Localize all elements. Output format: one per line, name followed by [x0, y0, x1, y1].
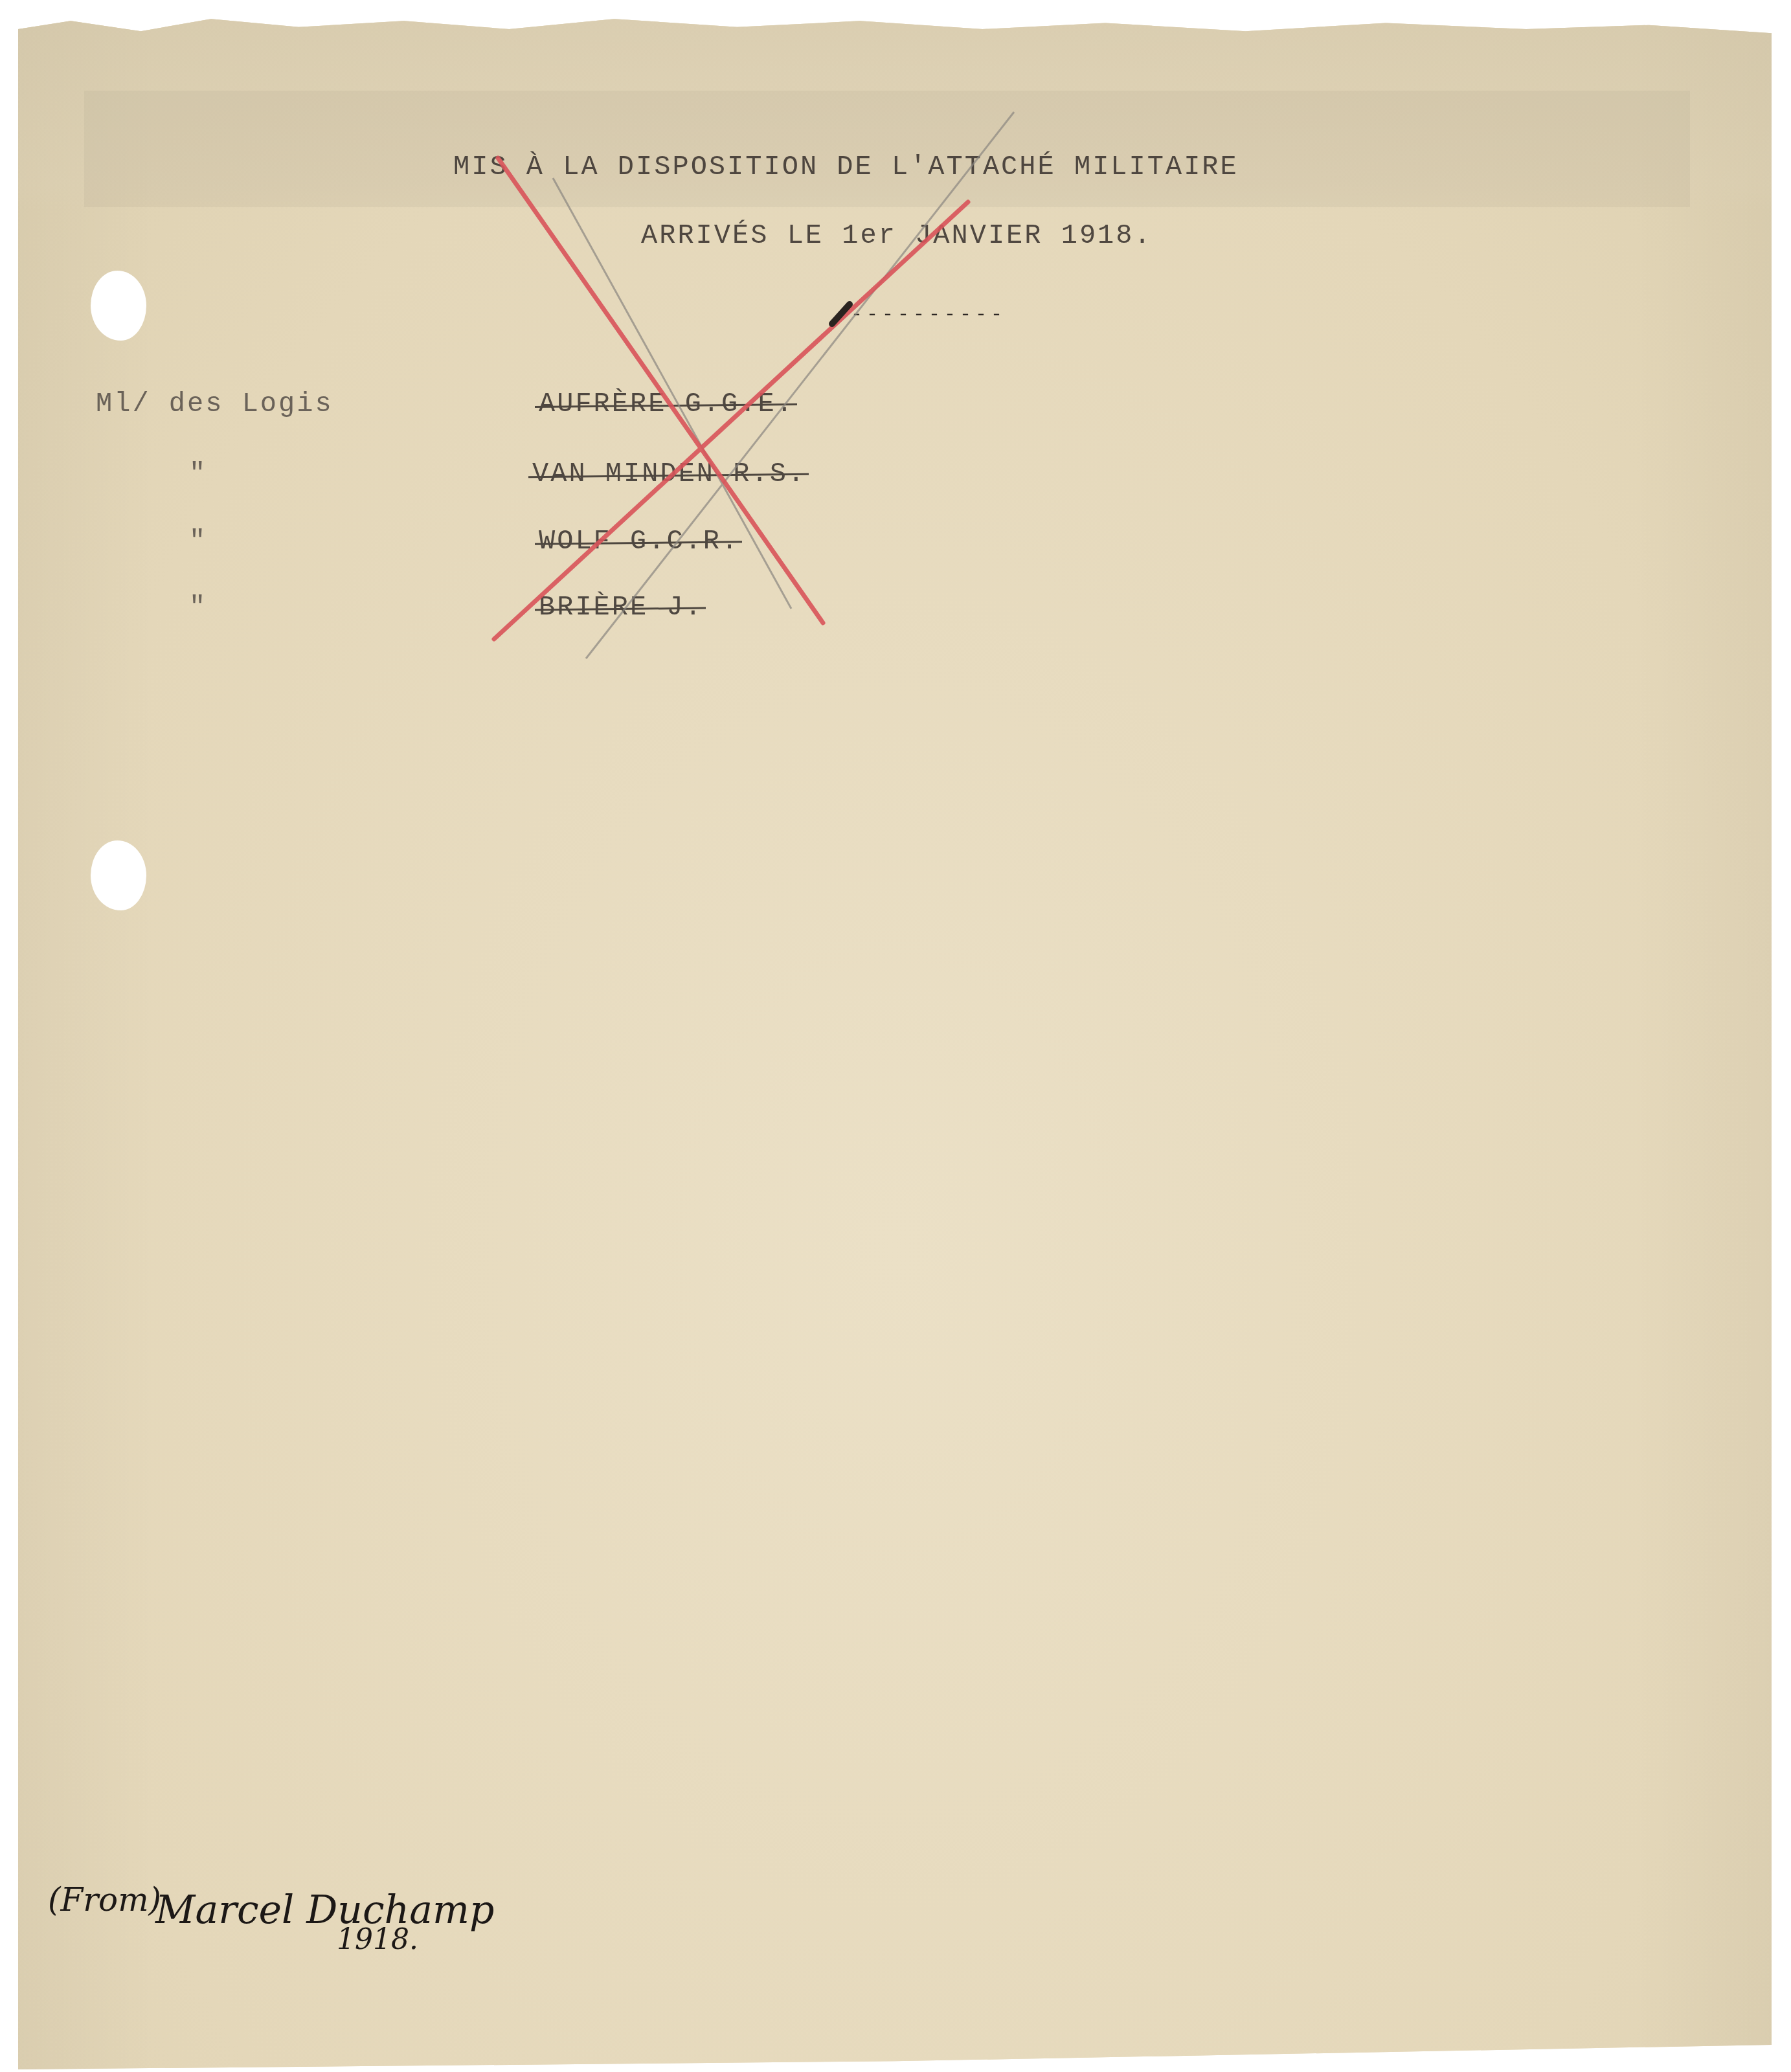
ditto-mark: ": [189, 526, 207, 557]
ditto-mark: ": [189, 458, 207, 490]
inscription-year: 1918.: [337, 1923, 418, 1956]
inscription-prefix: (From): [48, 1881, 161, 1919]
header-line-2: ARRIVÉS LE 1er JANVIER 1918.: [641, 220, 1153, 251]
rank-label: Ml/ des Logis: [96, 388, 333, 420]
struck-name: AUFRÈRE G.G.E.: [539, 388, 794, 420]
aged-band: [84, 91, 1690, 207]
struck-name: WOLF G.C.R.: [539, 526, 739, 557]
roster-name: VAN MINDEN R.S.: [532, 458, 806, 490]
struck-name: VAN MINDEN R.S.: [532, 458, 806, 490]
header-line-1: MIS À LA DISPOSITION DE L'ATTACHÉ MILITA…: [453, 152, 1239, 183]
ditto-mark: ": [189, 592, 207, 623]
roster-name: AUFRÈRE G.G.E.: [539, 388, 794, 420]
separator-dashes: -----------: [835, 304, 1006, 326]
roster-name: WOLF G.C.R.: [539, 526, 739, 557]
struck-name: BRIÈRE J.: [539, 592, 703, 623]
punch-hole-top: [91, 271, 146, 341]
duchamp-signature: Marcel Duchamp: [155, 1887, 494, 1933]
punch-hole-bottom: [91, 840, 146, 910]
roster-name: BRIÈRE J.: [539, 592, 703, 623]
